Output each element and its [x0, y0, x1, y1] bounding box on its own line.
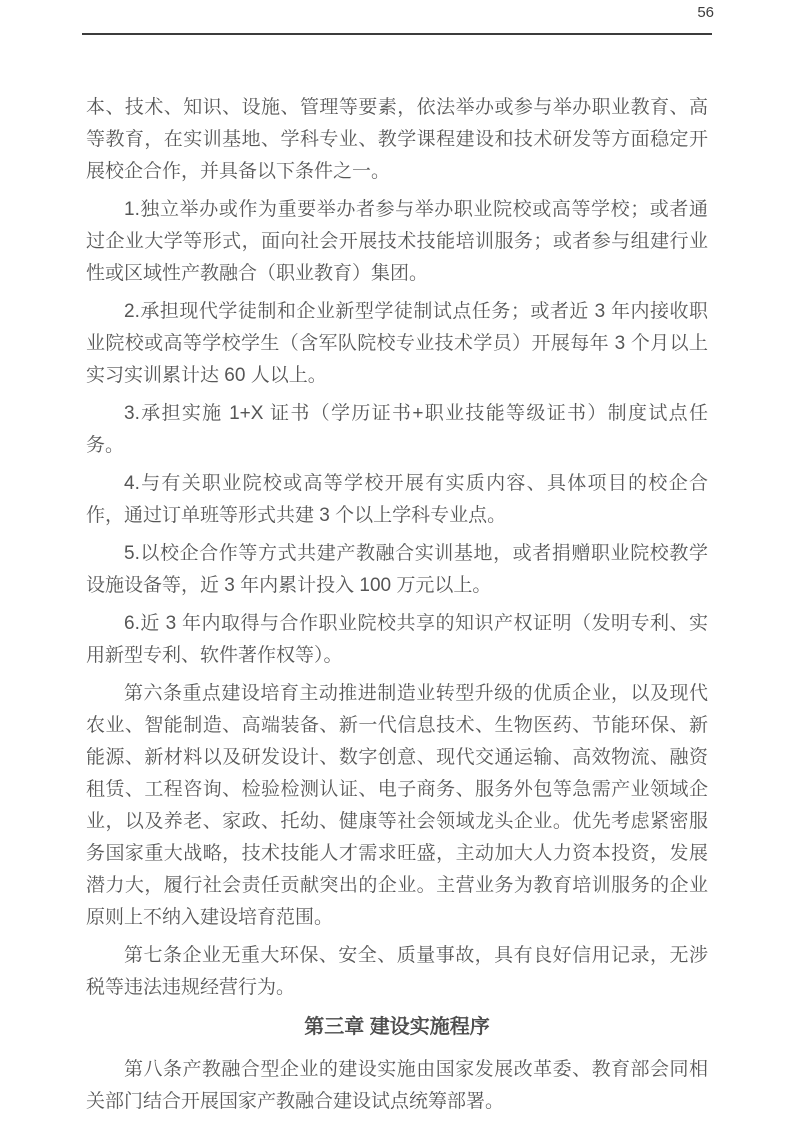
- paragraph: 第七条企业无重大环保、安全、质量事故，具有良好信用记录，无涉税等违法违规经营行为…: [86, 940, 708, 1004]
- paragraph: 本、技术、知识、设施、管理等要素，依法举办或参与举办职业教育、高等教育，在实训基…: [86, 92, 708, 188]
- document-body: 本、技术、知识、设施、管理等要素，依法举办或参与举办职业教育、高等教育，在实训基…: [86, 92, 708, 1122]
- chapter-heading: 第三章 建设实施程序: [86, 1011, 708, 1043]
- header-rule: [82, 33, 712, 35]
- paragraph: 4.与有关职业院校或高等学校开展有实质内容、具体项目的校企合作，通过订单班等形式…: [86, 468, 708, 532]
- paragraph: 5.以校企合作等方式共建产教融合实训基地，或者捐赠职业院校教学设施设备等，近 3…: [86, 538, 708, 602]
- paragraph: 第八条产教融合型企业的建设实施由国家发展改革委、教育部会同相关部门结合开展国家产…: [86, 1054, 708, 1118]
- paragraph: 1.独立举办或作为重要举办者参与举办职业院校或高等学校；或者通过企业大学等形式，…: [86, 194, 708, 290]
- page-number: 56: [697, 5, 714, 21]
- paragraph: 2.承担现代学徒制和企业新型学徒制试点任务；或者近 3 年内接收职业院校或高等学…: [86, 296, 708, 392]
- paragraph: 第六条重点建设培育主动推进制造业转型升级的优质企业，以及现代农业、智能制造、高端…: [86, 678, 708, 934]
- paragraph: 3.承担实施 1+X 证书（学历证书+职业技能等级证书）制度试点任务。: [86, 398, 708, 462]
- document-page: 56 本、技术、知识、设施、管理等要素，依法举办或参与举办职业教育、高等教育，在…: [0, 0, 793, 1122]
- paragraph: 6.近 3 年内取得与合作职业院校共享的知识产权证明（发明专利、实用新型专利、软…: [86, 608, 708, 672]
